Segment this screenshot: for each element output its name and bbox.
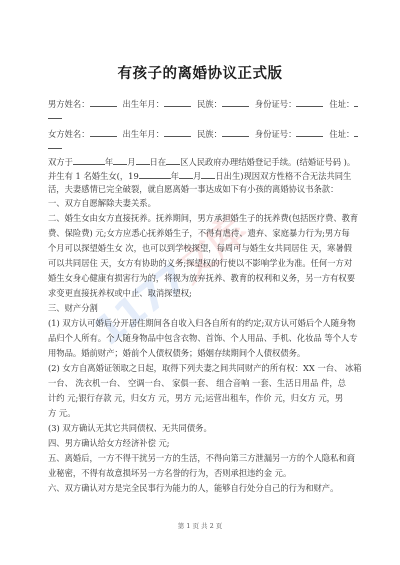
clause-line: 婚生女身心健康有损害行为的，将视为放弃抚养、教育的权利和义务，另一方有权要 [48, 273, 354, 284]
male-ethnicity-blank [222, 98, 249, 107]
clause-line: 五、离婚后，一方不得干扰另一方的生活，不得向第三方泄漏另一方的个人隐私和商 [48, 453, 354, 464]
male-birth-blank [164, 98, 191, 107]
clause-line: 计约 元;银行存款 元，归女方 元，男方 元;运营出租车，作价 元，归女方 元，… [48, 393, 354, 404]
female-address-continuation [48, 140, 354, 152]
male-info-row: 男方姓名：出生年月：民族：身份证号：住址： [48, 98, 354, 110]
clause-line: 一、双方自愿解除夫妻关系。 [48, 198, 354, 209]
clause-line: 个月可以探望婚生女 次，也可以到学校探望，每周可与婚生女共同居住 天，寒暑假 [48, 243, 354, 254]
female-name-blank [90, 128, 117, 137]
clause-line: (1) 双方认可婚后分开居住期间各自收入归各自所有的约定;双方认可婚后个人随身物 [48, 318, 354, 329]
female-ethnicity-blank [222, 128, 249, 137]
clause-line: 费、保险费) 元;女方应悉心抚养婚生子，不得有虐待、遗弃、家庭暴力行为;男方每 [48, 228, 354, 239]
document-title: 有孩子的离婚协议正式版 [0, 62, 400, 83]
female-info-row: 女方姓名：出生年月：民族：身份证号：住址： [48, 128, 354, 140]
section-heading: 三、财产分割 [48, 303, 354, 314]
male-id-blank [296, 98, 323, 107]
agreement-intro: 活，夫妻感情已完全破裂，就自愿离婚一事达成如下有小孩的离婚协议书条款： [48, 184, 354, 195]
clause-line: 方 元。 [48, 408, 354, 419]
male-name-blank [90, 98, 117, 107]
clause-line: (2) 女方自离婚证领取之日起，取得下列夫妻之间共同财产的所有权：XX 一台、 … [48, 363, 354, 374]
clause-line: 可以共同居住 天，女方有协助的义务;探望权的行使以不影响学业为准。任何一方对 [48, 258, 354, 269]
clause-line: 二、婚生女由女方直接抚养。抚养期间，男方承担婚生子的抚养费(包括医疗费、教育 [48, 213, 354, 224]
page-number: 第 1 页 共 2 页 [0, 521, 400, 530]
clause-line: 一台、 洗衣机一台、 空调一台、 家俱一套、 组合音响 一套、生活日用品 件，总 [48, 378, 354, 389]
clause-line: 品归个人所有。个人随身物品中包含衣物、首饰、个人用品、手机、化妆品 等个人专 [48, 333, 354, 344]
clause-line: 四、男方确认给女方经济补偿 元; [48, 438, 354, 449]
clause-line: 求变更直接抚养权或中止、取消探望权; [48, 288, 354, 299]
male-address-blank [354, 98, 358, 107]
male-address-continuation [48, 110, 354, 122]
clause-line: 业秘密，不得有故意损坏另一方名誉的行为，否则承担违约金 元。 [48, 468, 354, 479]
child-birth-line: 并生有 1 名婚生女(，19年月日出生)现因双方性格不合无法共同生 [48, 170, 354, 182]
clause-line: 用物品。婚前财产；婚前个人债权债务；婚姻存续期间个人债权债务。 [48, 348, 354, 359]
female-birth-blank [164, 128, 191, 137]
female-id-blank [296, 128, 323, 137]
clause-line: (3) 双方确认无其它共同债权、无共同债务。 [48, 423, 354, 434]
marriage-registration-line: 双方于年月日在区人民政府办理结婚登记手续。(结婚证号码 )。 [48, 156, 354, 168]
clause-line: 六、双方确认对方是完全民事行为能力的人，能够自行处分自己的行为和财产。 [48, 483, 354, 494]
document-page: 1177文库 有孩子的离婚协议正式版 男方姓名：出生年月：民族：身份证号：住址：… [0, 0, 400, 565]
female-address-blank [354, 128, 358, 137]
